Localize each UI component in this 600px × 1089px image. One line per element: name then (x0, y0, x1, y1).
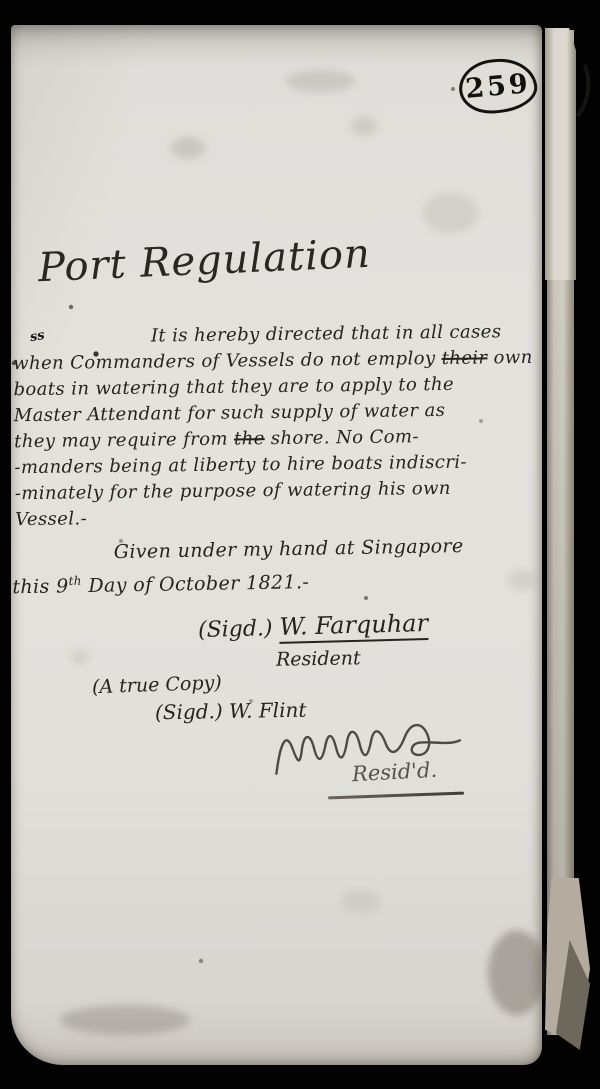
farquhar-name: W. Farquhar (279, 609, 428, 644)
signature-farquhar: (Sigd.) W. Farquhar (198, 609, 429, 643)
dateline-segment: this 9 (12, 575, 69, 598)
paper-stain (351, 117, 377, 135)
page-number: 259 (464, 68, 532, 105)
paper-stain (71, 650, 89, 664)
paper-stain (171, 137, 205, 159)
dateline: Given under my hand at Singapore this 9t… (12, 532, 465, 596)
flint-name: W. Flint (229, 698, 307, 723)
dateline-segment: Day of October 1821.- (82, 571, 310, 597)
ink-specks (0, 0, 2, 2)
body-paragraph: It is hereby directed that in all cases … (13, 319, 540, 533)
farquhar-title: Resident (276, 647, 361, 670)
signature-flint: (Sigd.) W. Flint (155, 698, 307, 725)
signed-prefix: (Sigd.) (198, 616, 280, 643)
paper-stain (423, 193, 478, 233)
paper-stain-bottom-right (488, 930, 546, 1015)
body-text-segment: own (487, 347, 532, 369)
struck-word: their (441, 347, 487, 369)
pencil-note: Resid'd. (351, 758, 437, 786)
body-text-segment: they may require from (14, 429, 234, 453)
true-copy-note: (A true Copy) (92, 672, 222, 699)
ordinal-suffix: th (68, 574, 82, 588)
paper-stain (509, 570, 535, 590)
body-text-segment: when Commanders of Vessels do not employ (13, 348, 442, 374)
paper-stain (341, 890, 381, 914)
document-scan: 259 Port Regulation ss It is hereby dire… (0, 0, 600, 1089)
paper-stain (286, 70, 356, 92)
struck-word: the (234, 428, 265, 449)
paper-stain-bottom-left (60, 1005, 190, 1035)
body-text-segment: shore. No Com- (265, 426, 419, 449)
signed-prefix: (Sigd.) (155, 699, 229, 724)
